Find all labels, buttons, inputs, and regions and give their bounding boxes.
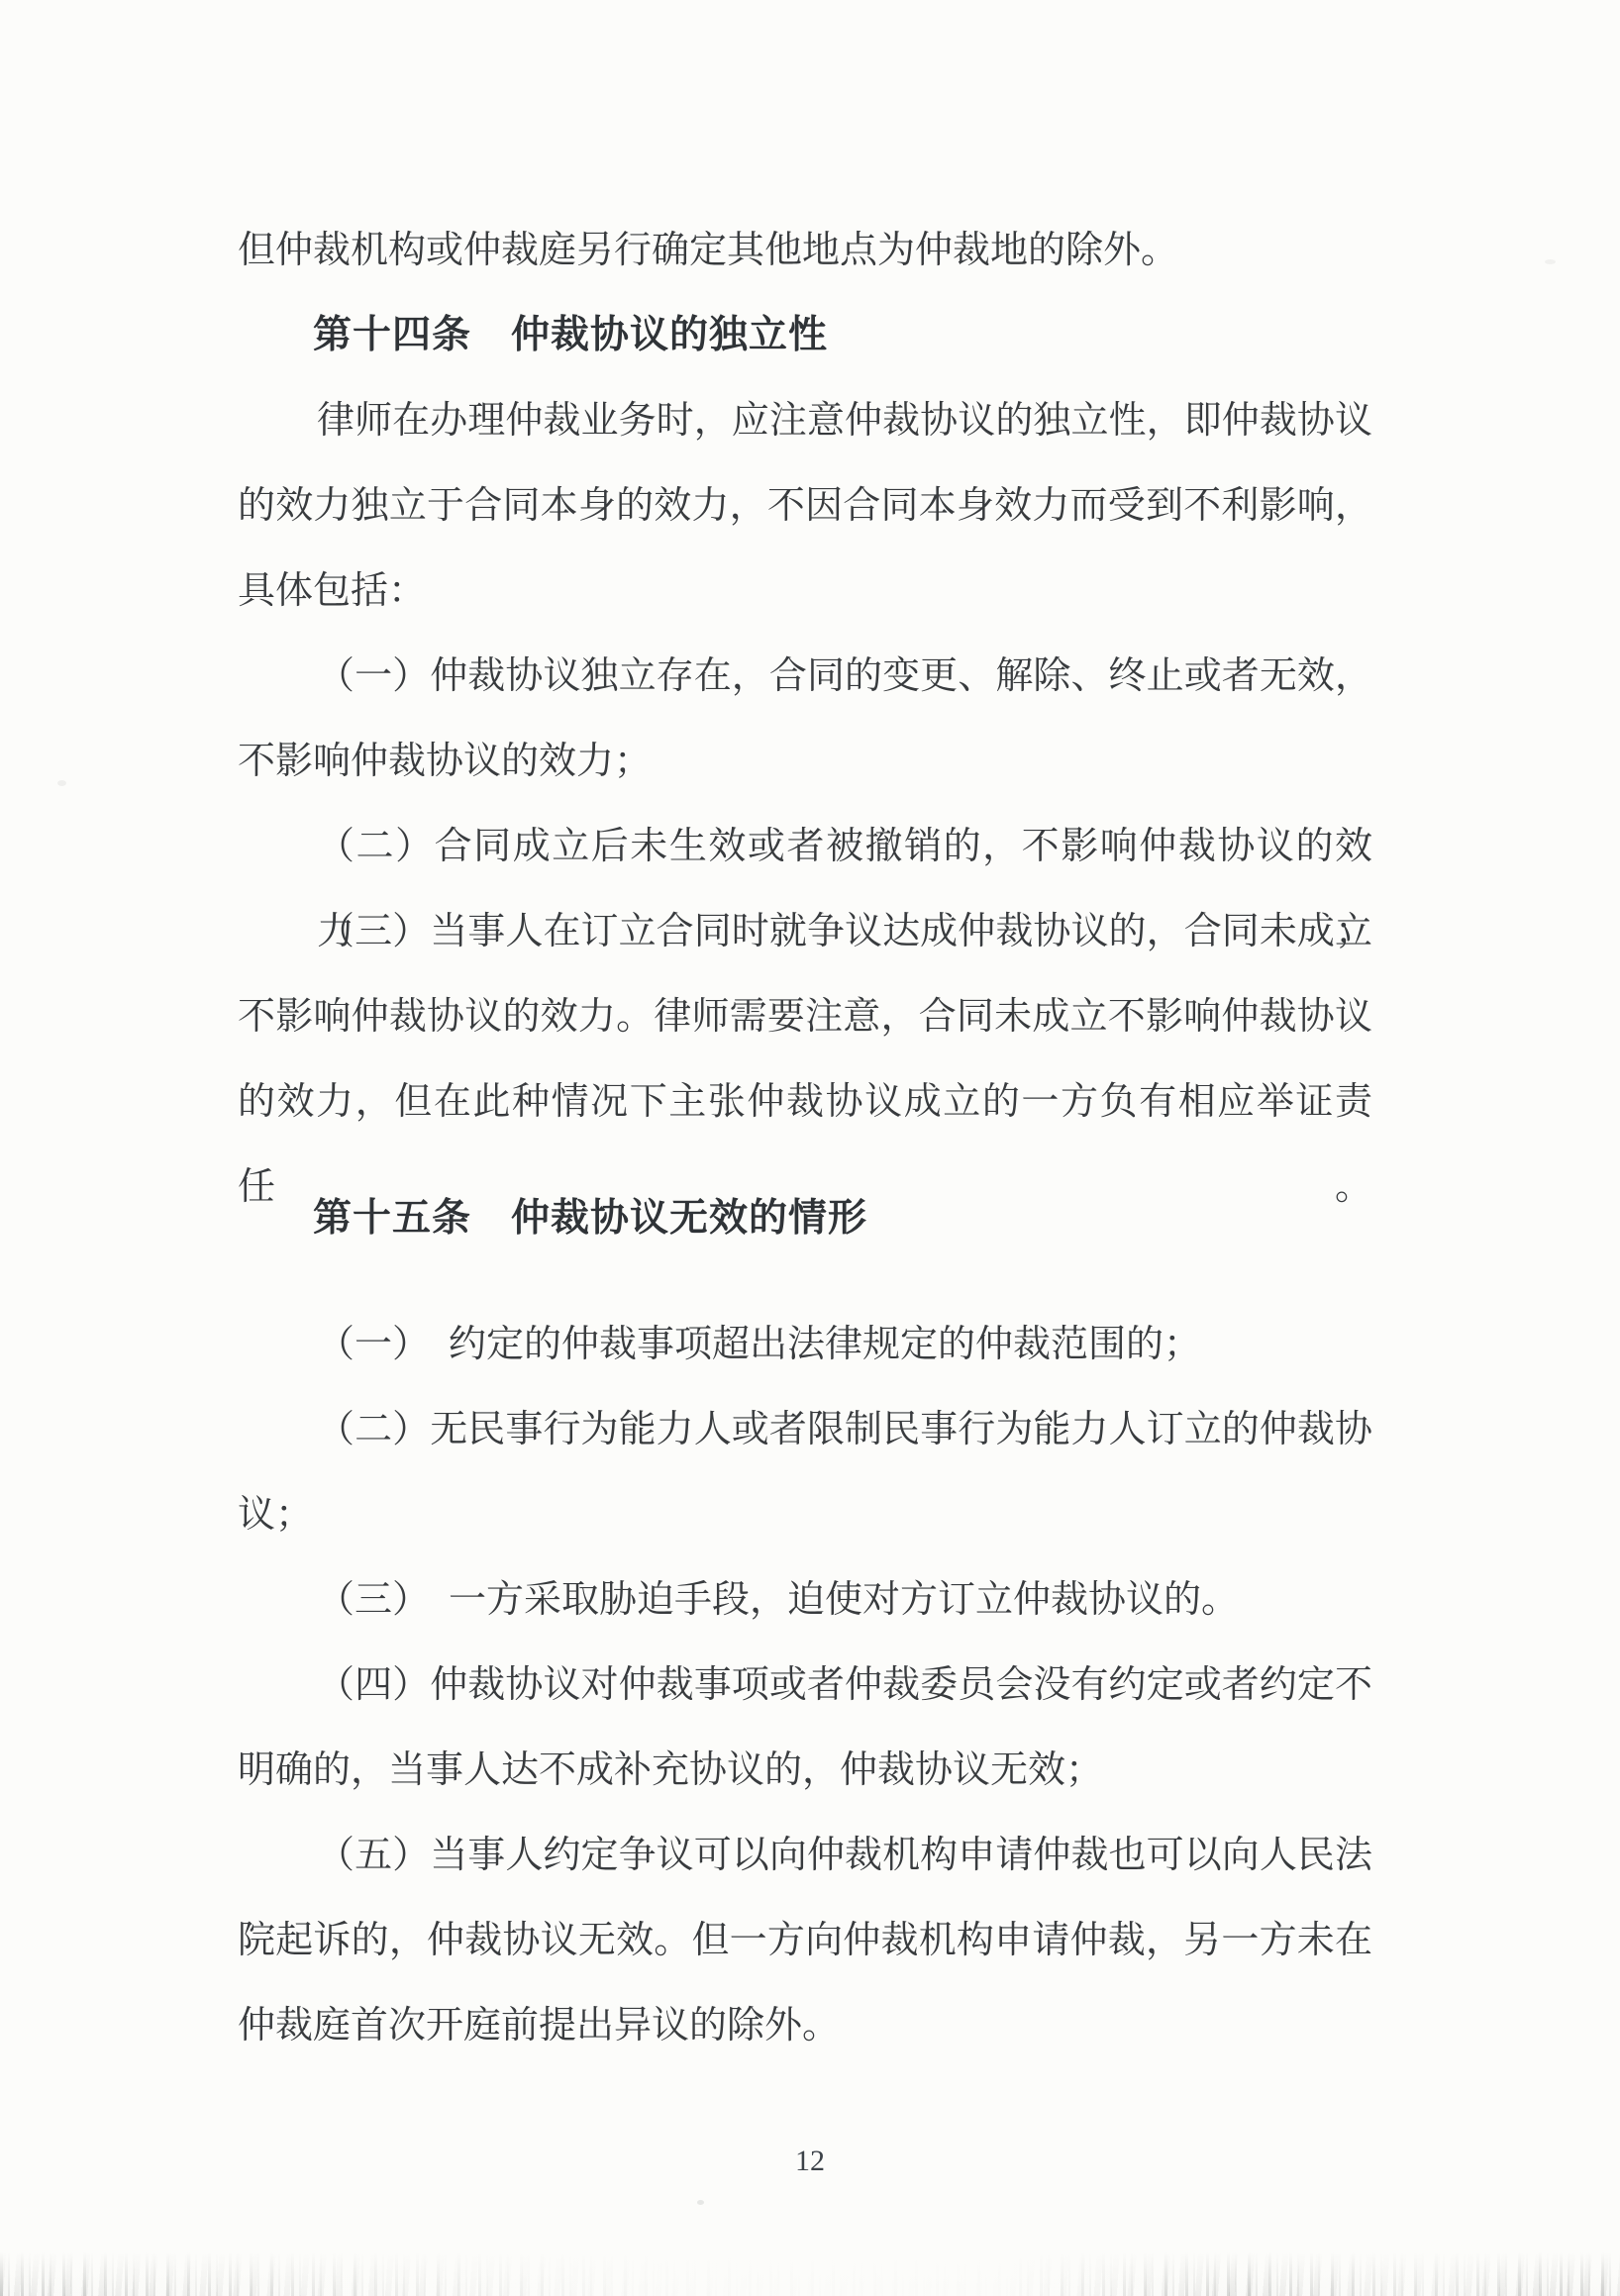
- text-line: （三） 一方采取胁迫手段，迫使对方订立仲裁协议的。: [238, 1557, 1372, 1643]
- text-line: 但仲裁机构或仲裁庭另行确定其他地点为仲裁地的除外。: [238, 208, 1372, 293]
- scan-speck: [697, 2200, 704, 2205]
- page-number: 12: [0, 2139, 1620, 2184]
- text-line: （一）仲裁协议独立存在，合同的变更、解除、终止或者无效，: [238, 634, 1372, 719]
- text-line: （二）合同成立后未生效或者被撤销的，不影响仲裁协议的效力；: [238, 804, 1372, 889]
- text-line: 议；: [238, 1472, 1372, 1557]
- text-line: （五）当事人约定争议可以向仲裁机构申请仲裁也可以向人民法: [238, 1813, 1372, 1898]
- text-line: 仲裁庭首次开庭前提出异议的除外。: [238, 1983, 1372, 2068]
- text-line: （一） 约定的仲裁事项超出法律规定的仲裁范围的；: [238, 1302, 1372, 1387]
- text-line: 院起诉的，仲裁协议无效。但一方向仲裁机构申请仲裁，另一方未在: [238, 1898, 1372, 1983]
- text-line: （二）无民事行为能力人或者限制民事行为能力人订立的仲裁协: [238, 1387, 1372, 1472]
- text-line: 的效力独立于合同本身的效力，不因合同本身效力而受到不利影响，: [238, 463, 1372, 549]
- text-line: 不影响仲裁协议的效力；: [238, 719, 1372, 804]
- text-line: 的效力，但在此种情况下主张仲裁协议成立的一方负有相应举证责任。: [238, 1059, 1372, 1145]
- article-14-heading: 第十四条 仲裁协议的独立性: [238, 293, 1372, 378]
- document-body: 但仲裁机构或仲裁庭另行确定其他地点为仲裁地的除外。 第十四条 仲裁协议的独立性 …: [238, 208, 1372, 2068]
- text-line: 具体包括：: [238, 549, 1372, 634]
- scan-speck: [57, 780, 66, 786]
- scan-speck: [1545, 259, 1556, 264]
- text-line: 不影响仲裁协议的效力。律师需要注意，合同未成立不影响仲裁协议: [238, 974, 1372, 1059]
- text-line: （四）仲裁协议对仲裁事项或者仲裁委员会没有约定或者约定不: [238, 1643, 1372, 1728]
- text-line: （三）当事人在订立合同时就争议达成仲裁协议的，合同未成立: [238, 889, 1372, 974]
- scanned-document-page: 但仲裁机构或仲裁庭另行确定其他地点为仲裁地的除外。 第十四条 仲裁协议的独立性 …: [0, 0, 1620, 2296]
- text-line: 明确的，当事人达不成补充协议的，仲裁协议无效；: [238, 1728, 1372, 1813]
- text-line: 律师在办理仲裁业务时，应注意仲裁协议的独立性，即仲裁协议: [238, 378, 1372, 463]
- scan-noise-strip: [0, 2252, 1620, 2296]
